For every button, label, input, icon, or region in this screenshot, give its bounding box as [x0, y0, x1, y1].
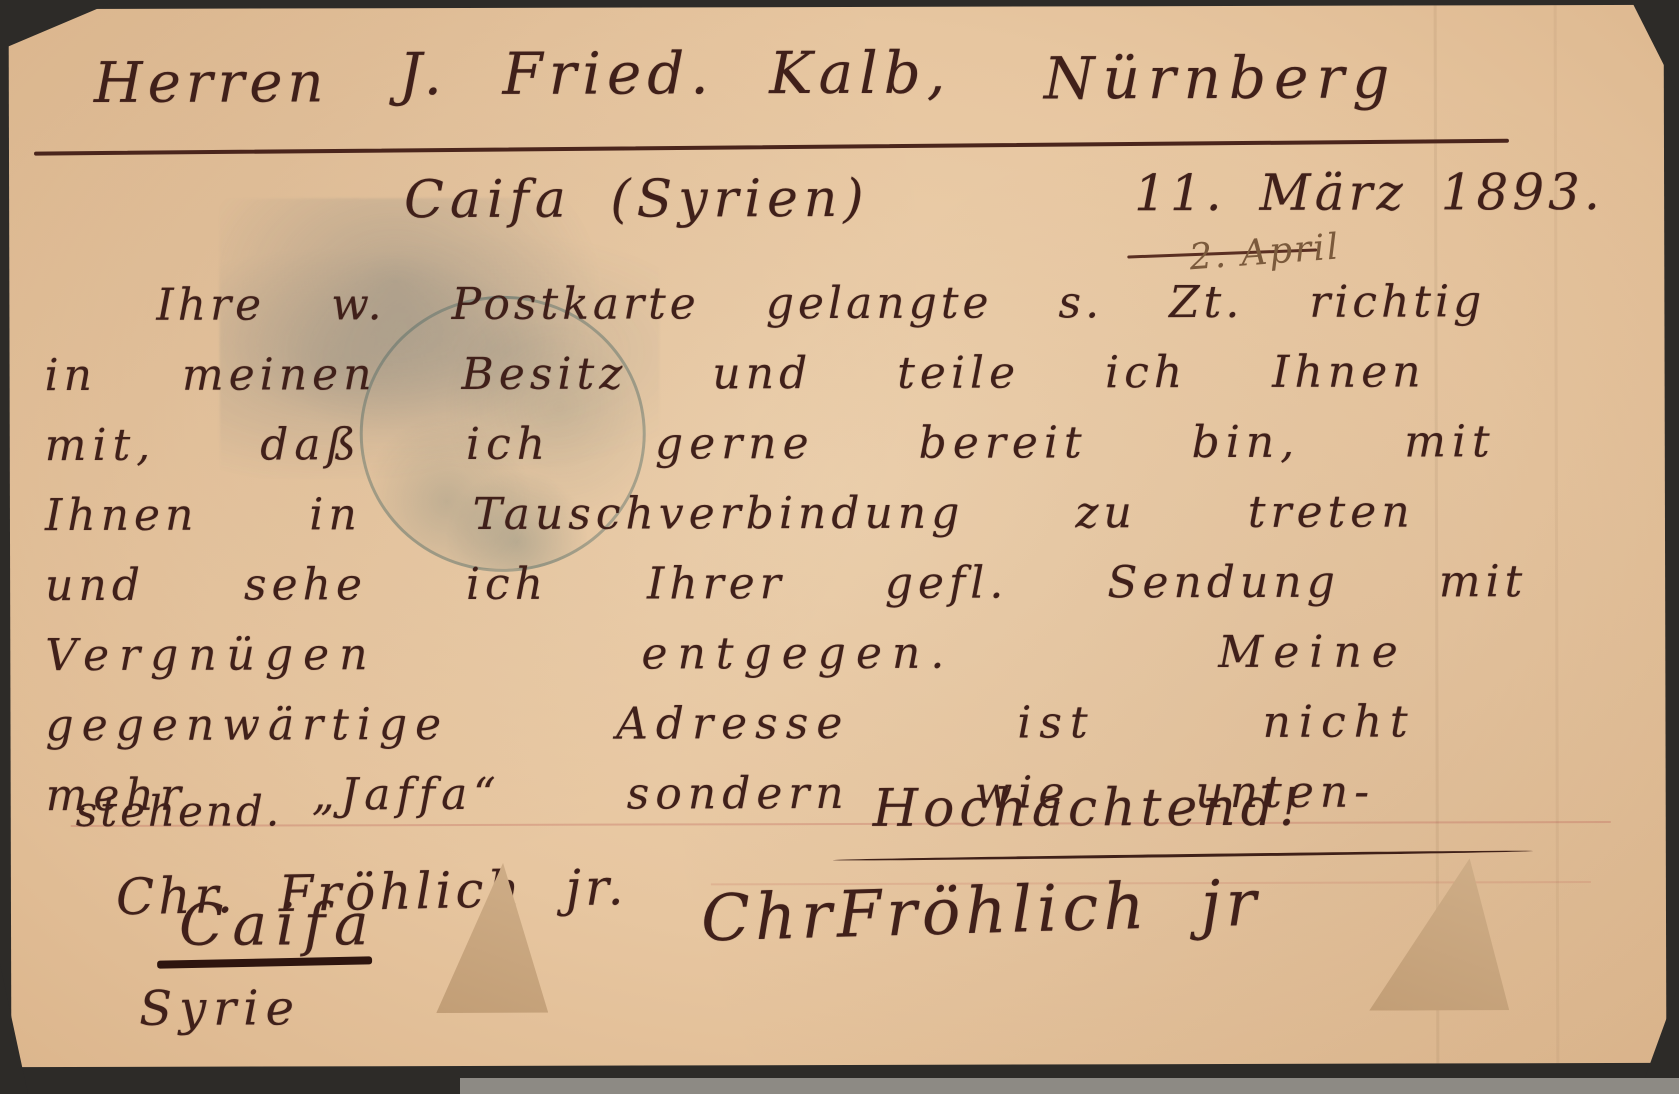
postcard-photo: Herren J. Fried. Kalb, Nürnberg Caifa (S… [0, 0, 1679, 1094]
signature-autograph: ChrFröhlich jr [700, 867, 1262, 957]
message-body: Ihre w. Postkarte gelangte s. Zt. richti… [44, 267, 1528, 831]
handwritten-line-3: mit, daß ich gerne bereit bin, mit [45, 407, 1527, 481]
recipient-name: J. Fried. Kalb, [399, 39, 952, 108]
handwritten-line-1: Ihre w. Postkarte gelangte s. Zt. richti… [44, 267, 1526, 341]
scanner-bed-strip [460, 1078, 1679, 1094]
dateline-date: 11. März 1893. [1134, 163, 1604, 222]
postcard: Herren J. Fried. Kalb, Nürnberg Caifa (S… [9, 5, 1667, 1067]
address-city: Caifa [179, 890, 378, 959]
recipient-salutation: Herren [94, 50, 329, 116]
recipient-city: Nürnberg [1044, 44, 1398, 113]
dateline-place: Caifa (Syrien) [404, 169, 870, 230]
handwritten-line-5: und sehe ich Ihrer gefl. Sendung mit [45, 547, 1527, 621]
handwritten-line-7: gegenwärtige Adresse ist nicht [45, 687, 1527, 761]
handwritten-line-2: in meinen Besitz und teile ich Ihnen [44, 337, 1526, 411]
salutation-flourish [833, 850, 1533, 862]
address-country: Syrie [139, 980, 301, 1036]
closing-salutation: Hochachtend! [873, 778, 1305, 839]
handwritten-line-4: Ihnen in Tauschverbindung zu treten [45, 477, 1527, 551]
closing-left: stehend. [76, 786, 283, 836]
handwritten-line-6: Vergnügen entgegen. Meine [45, 617, 1527, 691]
header-underline [34, 139, 1509, 156]
